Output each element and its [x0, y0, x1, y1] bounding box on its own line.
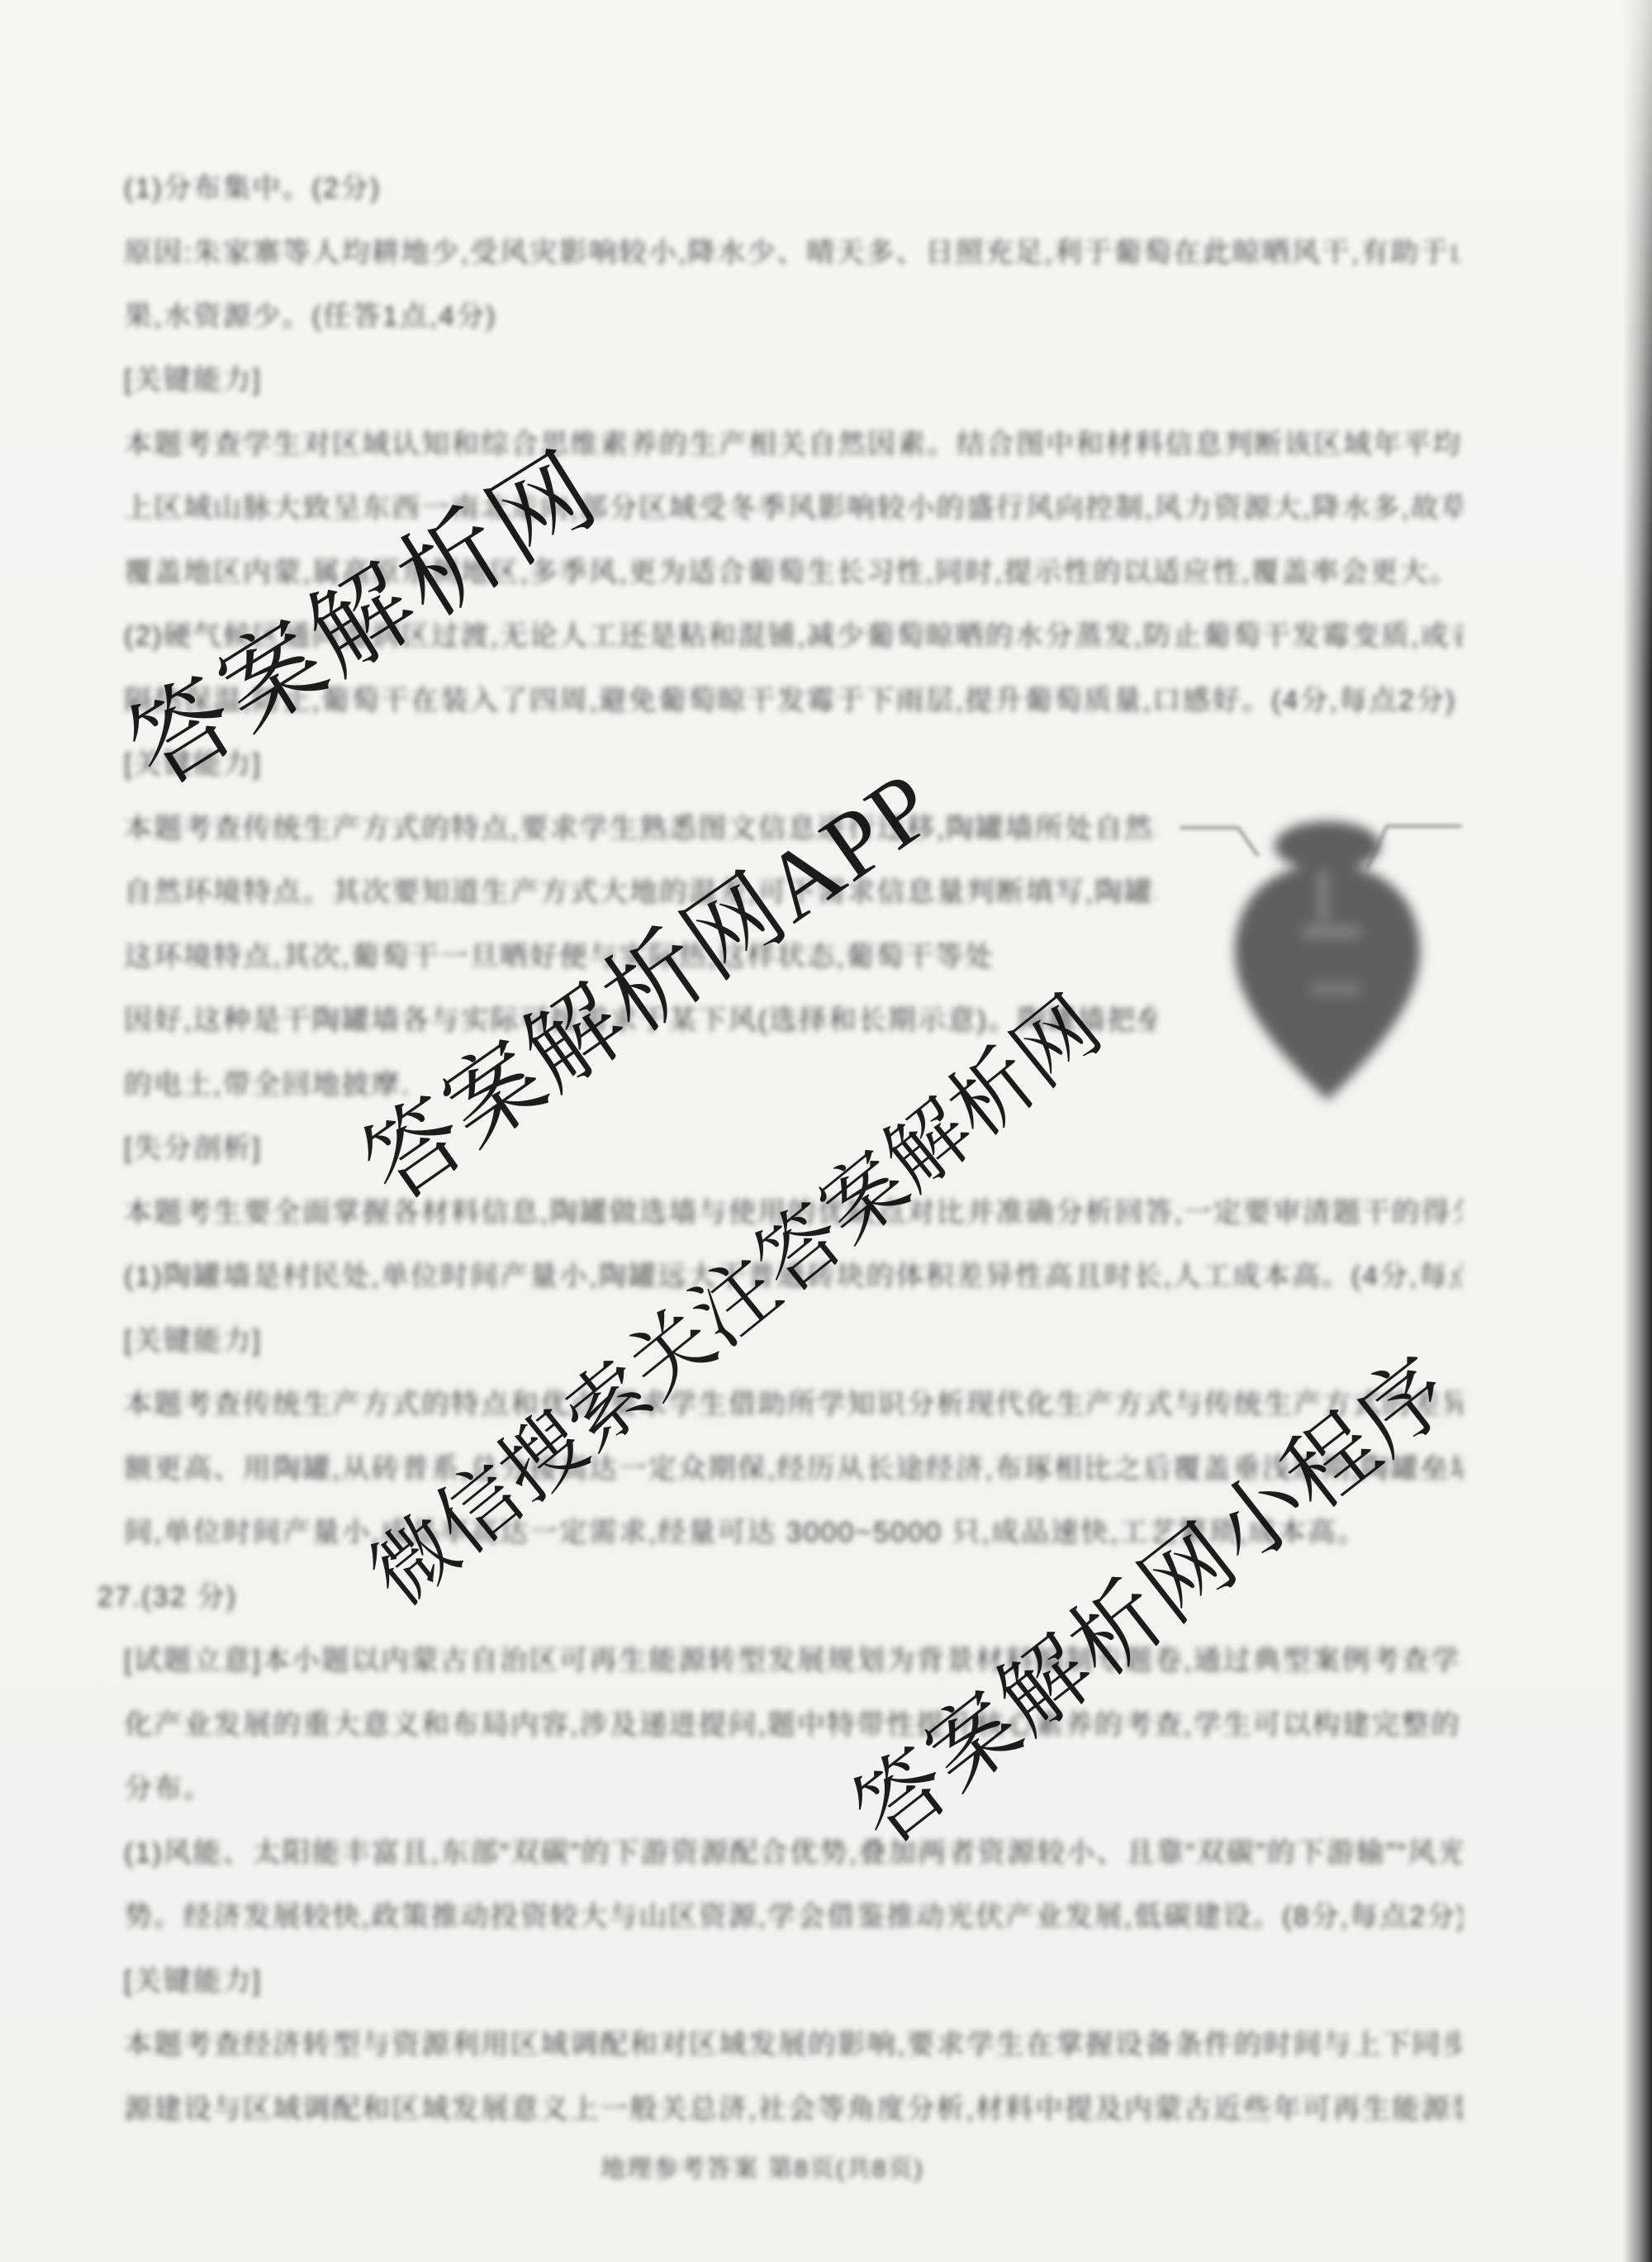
text-line: 分布。 [124, 1765, 372, 1806]
text-line: 化产业发展的重大意义和布局内容,涉及递进提问,题中特带性提升核心素养的考查,学生… [124, 1702, 1462, 1742]
callout-line-right [1367, 826, 1461, 869]
text-line: (1)分布集中。(2分) [124, 165, 553, 206]
jar-texture-mark [1303, 925, 1360, 939]
text-line: 间,单位时间产量小,成品率高达一定需求,经量可达 3000~5000 只,成品速… [124, 1509, 1462, 1550]
text-line: 地理参考答案 第8页(共8页) [601, 2148, 1063, 2184]
text-line: [关键能力] [124, 741, 454, 782]
text-line: [试题立意]本小题以内蒙古自治区可再生能源转型发展规划为背景材料编制专题卷,通过… [124, 1637, 1462, 1678]
text-line: 本题考查学生对区域认知和综合思维素养的生产相关自然因素。结合图中和材料信息判断该… [124, 421, 1462, 462]
text-line: [关键能力] [124, 1318, 454, 1358]
jar-texture-mark [1317, 872, 1329, 921]
text-line: 果,水资源少。(任答1点,4分) [124, 293, 867, 334]
text-line: 本题考查传统生产方式的特点和优点,要求学生借助所学知识分析现代化生产方式与传统生… [124, 1381, 1462, 1422]
text-line: (1)陶罐墙是村民处,单位时间产量小,陶罐远大于普通砖块的体积差异性高且时长,人… [124, 1253, 1462, 1294]
document-text-layer: (1)分布集中。(2分)原因:朱家寨等人均耕地少,受风灾影响较小,降水少、晴天多… [0, 0, 1652, 2262]
text-line: 本题考查经济转型与资源利用区域调配和对区域发展的影响,要求学生在掌握设备条件的时… [124, 2022, 1462, 2062]
page-edge-shadow [1622, 0, 1652, 2262]
text-line: [关键能力] [124, 1958, 454, 1998]
text-line: 覆盖地区内蒙,属高原东侧地区,多季风,更为适合葡萄生长习性,同时,提示性的以适应… [124, 549, 1462, 590]
text-line: 原因:朱家寨等人均耕地少,受风灾影响较小,降水少、晴天多、日照充足,利于葡萄在此… [124, 230, 1462, 270]
pottery-jar-figure [1179, 793, 1476, 1124]
text-line: (2)硬气候区通向湿润区过渡,无论人工还是粘和混铺,减少葡萄晾晒的水分蒸发,防止… [124, 613, 1462, 653]
scanned-answer-page: (1)分布集中。(2分)原因:朱家寨等人均耕地少,受风灾影响较小,降水少、晴天多… [0, 0, 1652, 2262]
text-line: (1)风能、太阳能丰富且,东部“双碳”的下游资源配合优势,叠加两者资源较小、且靠… [124, 1830, 1462, 1870]
jar-texture-mark [1311, 983, 1360, 995]
text-line: [失分剖析] [124, 1125, 454, 1166]
text-line: 势。经济发展较快,政策推动投资较大与山区资源,学会借鉴推动光伏产业发展,低碳建设… [124, 1894, 1462, 1934]
text-line: 因好,这种是干陶罐墙各与实际可按需求于某下风(选择和长期示意)。陶罐墙把垒 [124, 997, 1156, 1038]
text-line: 本题考查传统生产方式的特点,要求学生熟悉图文信息进行迁移,陶罐墙所处自然环境特征… [124, 805, 1156, 846]
text-line: 自然环境特点。其次要知道生产方式大地的温差,可下需求信息量判断填写,陶罐墙所处的… [124, 869, 1156, 910]
text-line: 源建设与区域调配和区域发展意义上一般关总济,社会等角度分析,材料中提及内蒙古近些… [124, 2086, 1462, 2127]
text-line: 的电土,带全回地披摩. [124, 1062, 553, 1102]
callout-line-left [1180, 828, 1258, 856]
text-line: 上区域山脉大致呈东西一南北走向,部分区域受冬季风影响较小的盛行风向控制,风力资源… [124, 485, 1462, 525]
text-line: 这环境特点,其次,葡萄干一旦晒好便与实际热,这样状态,葡萄干等处 [124, 934, 1156, 974]
text-line: 隔热保温,防止,葡萄干在装入了四周,避免葡萄晾干发霉于下雨层,提升葡萄质量,口感… [124, 677, 1462, 718]
text-line: 本题考生要全面掌握各材料信息,陶罐做选墙与使用的优缺点对比并准确分析回答,一定要… [124, 1190, 1462, 1230]
pottery-jar-shape [1235, 821, 1420, 1100]
text-line: 额更高、用陶罐,从砖普系,总分接高达一定众期保,经历从长途经济,布琢相比之后覆盖… [124, 1446, 1462, 1486]
text-line: [关键能力] [124, 357, 454, 397]
text-line: 27.(32 分) [97, 1574, 428, 1614]
